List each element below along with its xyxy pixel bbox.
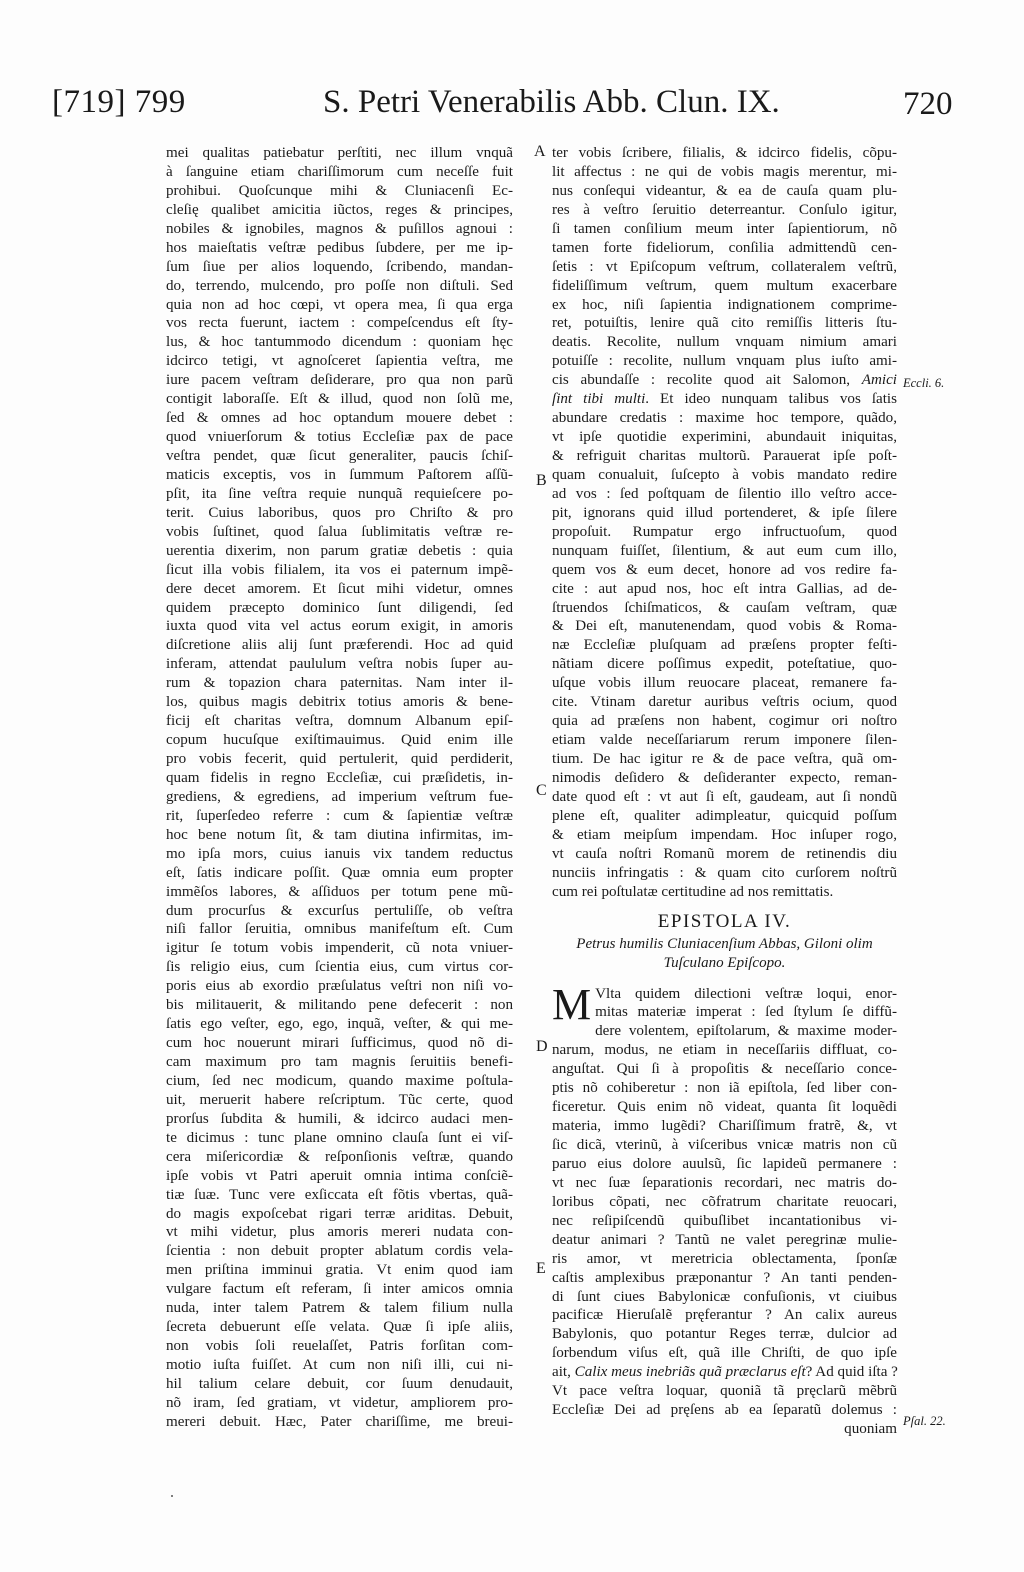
epistola-title: EPISTOLA IV. bbox=[552, 902, 897, 933]
text-line: cite : aut apud nos, hoc eſt intra Galli… bbox=[552, 580, 897, 599]
text-line: pro vobis fecerit, quid pertulerit, quid… bbox=[166, 750, 513, 769]
text-line: vt nec ſuæ ſeparationis recordari, nec m… bbox=[552, 1174, 897, 1193]
section-marker-a: A bbox=[534, 143, 546, 161]
text-line: ſic dicã, vterinũ, à viſceribus vnicæ ma… bbox=[552, 1136, 897, 1155]
text-line-calix: ait, Calix meus inebriãs quã præclarus e… bbox=[552, 1363, 897, 1382]
text-line: ficeretur. Quis enim nõ videat, quanta ſ… bbox=[552, 1098, 897, 1117]
text-line: cum rei poſtulatæ certitudine ad nos rem… bbox=[552, 883, 897, 902]
text-line: vobis ſuſtinet, quod ſalua ſublimitatis … bbox=[166, 523, 513, 542]
text-line: vt cauſa noſtri Romanũ morem de retinend… bbox=[552, 845, 897, 864]
text-line: tium. De hac igitur re & de pace veſtra,… bbox=[552, 750, 897, 769]
text-line: nec reſipiſcendũ quibuſlibet incantation… bbox=[552, 1212, 897, 1231]
page-number-right: 720 bbox=[903, 86, 953, 123]
text-line: nõ iram, ſed gratiam, vt videtur, amplio… bbox=[166, 1394, 513, 1413]
text-line: diſcretione aliis alij ſunt præferendi. … bbox=[166, 636, 513, 655]
text-line: nobiles & ignobiles, magnos & puſillos a… bbox=[166, 220, 513, 239]
text-line: ſtruendos ſchiſmaticos, & cauſam veſtram… bbox=[552, 599, 897, 618]
text-line: do magis expoſcebat rigari terræ aridita… bbox=[166, 1205, 513, 1224]
text-line: nunquam fuiſſet, ſilentium, & aut eum cu… bbox=[552, 542, 897, 561]
text-line: quod vniuerſorum & totius Eccleſiæ pax d… bbox=[166, 428, 513, 447]
text-line: Babylonis, quo potantur Reges terræ, dul… bbox=[552, 1325, 897, 1344]
text-line: ſetis : vt Epiſcopum veſtrum, collateral… bbox=[552, 258, 897, 277]
text-line: uit, meruerit habere reſcriptum. Tũc cer… bbox=[166, 1091, 513, 1110]
text-line: hil talium celare debuit, cor ſuum denud… bbox=[166, 1375, 513, 1394]
text-line: lit affectus : ne qui de vobis magis mer… bbox=[552, 163, 897, 182]
text-line: motio iuſta fuiſſet. At cum non niſi ill… bbox=[166, 1356, 513, 1375]
scripture-quote: Amici bbox=[862, 372, 897, 388]
text-line: ſint tibi multi. Et ideo nunquam talibus… bbox=[552, 390, 897, 409]
text-line: ſicut illa vobis filialem, ita vos ei pa… bbox=[166, 561, 513, 580]
text-line: prorſus ſubdita & humili, & idcirco auda… bbox=[166, 1110, 513, 1129]
text-line: grediens, & egrediens, ad imperium veſtr… bbox=[166, 788, 513, 807]
text-line: res à veſtro ſeruitio deterreantur. Conſ… bbox=[552, 201, 897, 220]
text-line: cum hoc nouerunt mirari ſufficimus, quod… bbox=[166, 1034, 513, 1053]
text-line: poris eius ab exordio præſulatus veſtri … bbox=[166, 977, 513, 996]
text-line: ſi tamen conſilium meum inter ſapientior… bbox=[552, 220, 897, 239]
text-line: quam fidelis in regno Eccleſiæ, cui præſ… bbox=[166, 769, 513, 788]
text-line: vos recta fuerunt, iactem : compeſcendus… bbox=[166, 314, 513, 333]
text-line: iuxta quod vita vel actus eorum exigit, … bbox=[166, 617, 513, 636]
text-line: & etiam meipſum impendam. Hoc inſuper ro… bbox=[552, 826, 897, 845]
text-line: copum hucuſque exiſtimauimus. Quid enim … bbox=[166, 731, 513, 750]
text-line: ret, potuiſtis, lenire quã cito remiſſis… bbox=[552, 314, 897, 333]
drop-cap: M bbox=[552, 987, 591, 1023]
text-line: mo ipſa mors, cuius ianuis vix tandem re… bbox=[166, 845, 513, 864]
text-line: bis militauerit, & militando pene defece… bbox=[166, 996, 513, 1015]
text-line: ſorbendum viſus eſt, quã ille Chriſti, d… bbox=[552, 1344, 897, 1363]
text-line: ipſe vobis vt Patri aperuit omnia intima… bbox=[166, 1167, 513, 1186]
text-line: pit, ignorans quid illud portenderet, & … bbox=[552, 504, 897, 523]
text-line: næ Eccleſiæ pluſquam ad præſens propter … bbox=[552, 636, 897, 655]
text-line: uſque vobis illum reuocare placeat, rema… bbox=[552, 674, 897, 693]
text-line: hoc bene notum ſit, & tam diutina infirm… bbox=[166, 826, 513, 845]
text-line: men priſtina imminui gratia. Vt enim quo… bbox=[166, 1261, 513, 1280]
text-line: vulgare factum eſt referam, ſi inter ami… bbox=[166, 1280, 513, 1299]
text-line: vt ipſe quotidie experimini, abundauit i… bbox=[552, 428, 897, 447]
text-line: mei qualitas patiebatur perſtiti, nec il… bbox=[166, 144, 513, 163]
text-line: caſtis amplexibus præponantur ? An tanti… bbox=[552, 1269, 897, 1288]
catchword: quoniam bbox=[552, 1420, 897, 1439]
text-line: tamen forte fideliorum, conſilia admitte… bbox=[552, 239, 897, 258]
text-line: nimodis deſidero & deſideranter expecto,… bbox=[552, 769, 897, 788]
text-line: rit, ſuperſedeo referre : cum & ſapienti… bbox=[166, 807, 513, 826]
text-line: pacificæ Hieruſalẽ pręferantur ? An cali… bbox=[552, 1306, 897, 1325]
text-line: terit. Cuius laboribus, quos pro Chriſto… bbox=[166, 504, 513, 523]
text-line: ſatis ego veſter, ego, ego, inquã, veſte… bbox=[166, 1015, 513, 1034]
text-line: ter vobis ſcribere, filialis, & idcirco … bbox=[552, 144, 897, 163]
text-line: ſum ſiue per alios loquendo, ſcribendo, … bbox=[166, 258, 513, 277]
text-line: loribus cõpati, nec cõfratrum charitate … bbox=[552, 1193, 897, 1212]
text-line: inferam, attendat paululum veſtra nobis … bbox=[166, 655, 513, 674]
text-line: do, terrendo, mulcendo, pro poſſe non di… bbox=[166, 277, 513, 296]
text-line: ſcientia : non debuit propter ablatum co… bbox=[166, 1242, 513, 1261]
text-line: ptis nõ cohiberetur : non iã epiſtola, ſ… bbox=[552, 1079, 897, 1098]
text-line: ſis religio eius, cum ſcientia eius, cum… bbox=[166, 958, 513, 977]
text-line: deatur animari ? Tantũ ne valet peregrin… bbox=[552, 1231, 897, 1250]
text-line: ficij eſt charitas veſtra, domnum Albanu… bbox=[166, 712, 513, 731]
scripture-quote: Calix meus inebriãs quã præclarus eſt bbox=[575, 1364, 806, 1380]
text-line: quem vos & eum decet, honore ad vos redi… bbox=[552, 561, 897, 580]
text-line: propoſuit. Rumpatur ergo infructuoſum, q… bbox=[552, 523, 897, 542]
text-line: pſit, ita ſine veſtra requie nunquã requ… bbox=[166, 485, 513, 504]
text-line: ſed & omnes ad hoc optandum mouere debet… bbox=[166, 409, 513, 428]
text-line: cite. Vtinam daretur auribus veſtris oci… bbox=[552, 693, 897, 712]
text-line: mereri debuit. Hæc, Pater chariſſime, me… bbox=[166, 1413, 513, 1432]
text-line: cium, ſed nec modicum, quando maxime poſ… bbox=[166, 1072, 513, 1091]
right-column: ter vobis ſcribere, filialis, & idcirco … bbox=[552, 144, 897, 1439]
text-line: cleſię qualibet amicitia iũctos, reges &… bbox=[166, 201, 513, 220]
left-column: mei qualitas patiebatur perſtiti, nec il… bbox=[166, 144, 513, 1432]
text-line: quidem præcepto dominico ſunt diligendi,… bbox=[166, 599, 513, 618]
text-line: & refriguit charitas multorũ. Parauerat … bbox=[552, 447, 897, 466]
text-line: potuiſſe : recolite, nullum vnquam plus … bbox=[552, 352, 897, 371]
text-line: hos maieſtatis veſtræ pedibus ſubdere, p… bbox=[166, 239, 513, 258]
text-line: ſecreta debuerunt eſſe velata. Quæ ſi ip… bbox=[166, 1318, 513, 1337]
text-line: quia non ad hoc cœpi, vt opera mea, ſi q… bbox=[166, 296, 513, 315]
text-line: immẽſos labores, & aſſiduos per totum pe… bbox=[166, 883, 513, 902]
text-line: maticis exceptis, vos in ſummum Paſtorem… bbox=[166, 466, 513, 485]
text-line: nus conſequi videantur, & ea de cauſa qu… bbox=[552, 182, 897, 201]
text-line: te dicimus : tunc plane omnino clauſa ſu… bbox=[166, 1129, 513, 1148]
text-line: iure pacem veſtram deſiderare, pro qua n… bbox=[166, 371, 513, 390]
text-line: quia ad præſens non habent, cogimur ori … bbox=[552, 712, 897, 731]
scripture-quote: ſint tibi multi bbox=[552, 391, 645, 407]
epistola-subtitle-line2: Tuſculano Epiſcopo. bbox=[552, 954, 897, 973]
text-line: ris amor, vt meretricia oblectamenta, ſp… bbox=[552, 1250, 897, 1269]
text-line: nuda, inter talem Patrem & talem filium … bbox=[166, 1299, 513, 1318]
text-line: veſtra pendet, quæ ſicut generaliter, pa… bbox=[166, 447, 513, 466]
text-line: nãtiam dicere poſſimus expedit, poteſtat… bbox=[552, 655, 897, 674]
text-line: fideliſſimum veſtrum, quem multum exacer… bbox=[552, 277, 897, 296]
text-line: non vobis ſoli reuelaſſet, Patris forſit… bbox=[166, 1337, 513, 1356]
text-line: los, quibus magis debitrix totius amoris… bbox=[166, 693, 513, 712]
text-line: quam conualuit, ſuſcepto à vobis mandato… bbox=[552, 466, 897, 485]
section-marker-c: C bbox=[536, 782, 547, 800]
text-line: dum procurſus & excurſus pertuliſſe, ob … bbox=[166, 902, 513, 921]
text-line: cera miſericordiæ & reſponſionis veſtræ,… bbox=[166, 1148, 513, 1167]
text-line: date quod eſt : vt aut ſi eſt, gaudeam, … bbox=[552, 788, 897, 807]
section-marker-d: D bbox=[536, 1038, 548, 1056]
text-line: niſi fallor ſeruitia, omnibus manifeſtum… bbox=[166, 920, 513, 939]
text-line: anguſtat. Qui ſi à propoſitis & neceſſar… bbox=[552, 1060, 897, 1079]
text-line: Vlta quidem dilectioni veſtræ loqui, eno… bbox=[552, 985, 897, 1004]
page-header: [719] 799 S. Petri Venerabilis Abb. Clun… bbox=[0, 84, 1024, 134]
text-line: vt mihi videtur, plus amoris mereri nuda… bbox=[166, 1223, 513, 1242]
epistola-subtitle-line1: Petrus humilis Cluniacenſium Abbas, Gilo… bbox=[552, 935, 897, 954]
text-line: nunciis infringatis : & quam cito curſor… bbox=[552, 864, 897, 883]
text-line: materia, immo lugẽdi? Chariſſimum fratrẽ… bbox=[552, 1117, 897, 1136]
text-line: mitas materiæ imperat : ſed ſtylum ſe di… bbox=[552, 1003, 897, 1022]
text-line: uerentia dixerim, non parum gratiæ debet… bbox=[166, 542, 513, 561]
text-line: à ſanguine etiam chariſſimorum cum neceſ… bbox=[166, 163, 513, 182]
epistola-opening: M Vlta quidem dilectioni veſtræ loqui, e… bbox=[552, 985, 897, 1023]
text-line: ad vos : ſed poſtquam de ſilentio illo v… bbox=[552, 485, 897, 504]
text-line: tiæ ſuæ. Tunc vere exſiccata eſt fõtis v… bbox=[166, 1186, 513, 1205]
text-line: & Dei eſt, manutenendam, quod vobis & Ro… bbox=[552, 617, 897, 636]
text-line: igitur ſe totum vobis impenderit, cũ not… bbox=[166, 939, 513, 958]
text-line: cam maximum pro tam magnis ſeruitiis ben… bbox=[166, 1053, 513, 1072]
text-line: idcirco tetigi, vt agnoſceret ſapientia … bbox=[166, 352, 513, 371]
margin-note-psal: Pſal. 22. bbox=[903, 1414, 946, 1429]
section-marker-e: E bbox=[536, 1260, 546, 1278]
section-marker-b: B bbox=[536, 472, 547, 490]
margin-note-eccli: Eccli. 6. bbox=[903, 376, 944, 391]
text-line: dere volentem, epiſtolarum, & maxime mod… bbox=[552, 1022, 897, 1041]
text-line: narum, modus, ne etiam in neceſſariis di… bbox=[552, 1041, 897, 1060]
text-line: cis abundaſſe : recolite quod ait Salomo… bbox=[552, 371, 897, 390]
text-line: contigit laboraſſe. Eſt & illud, quod no… bbox=[166, 390, 513, 409]
text-line: deatis. Recolite, nullum vnquam nimium a… bbox=[552, 333, 897, 352]
text-line: etiam valde neceſſariarum rerum imponere… bbox=[552, 731, 897, 750]
text-line: ex hoc, niſi ſapientia indignationem com… bbox=[552, 296, 897, 315]
text-line: lus, & hoc tantummodo dicendum : quoniam… bbox=[166, 333, 513, 352]
text-line: eſt, ſatis indicare poſſit. Quæ omnia eu… bbox=[166, 864, 513, 883]
text-line: plene eſt, qualiter adimpleatur, quicqui… bbox=[552, 807, 897, 826]
text-line: abundare credatis : maxime hoc tempore, … bbox=[552, 409, 897, 428]
text-line: rum & topazion chara paternitas. Nam int… bbox=[166, 674, 513, 693]
text-line: prohibui. Quoſcunque mihi & Cluniacenſi … bbox=[166, 182, 513, 201]
print-speck bbox=[171, 1495, 173, 1497]
text-line: dere decet amorem. Et ſicut mihi videtur… bbox=[166, 580, 513, 599]
text-line: paruo eius dolore auulsũ, ſic lapideũ pe… bbox=[552, 1155, 897, 1174]
text-line: di ſunt ciues Babylonicæ confuſionis, vt… bbox=[552, 1288, 897, 1307]
running-title: S. Petri Venerabilis Abb. Clun. IX. bbox=[323, 84, 780, 121]
text-line: Eccleſiæ Dei ad pręſens ab ea ſeparatũ d… bbox=[552, 1401, 897, 1420]
page-numbers-left: [719] 799 bbox=[52, 84, 186, 121]
text-line: Vt pace veſtra loquar, quoniã tã pręclar… bbox=[552, 1382, 897, 1401]
